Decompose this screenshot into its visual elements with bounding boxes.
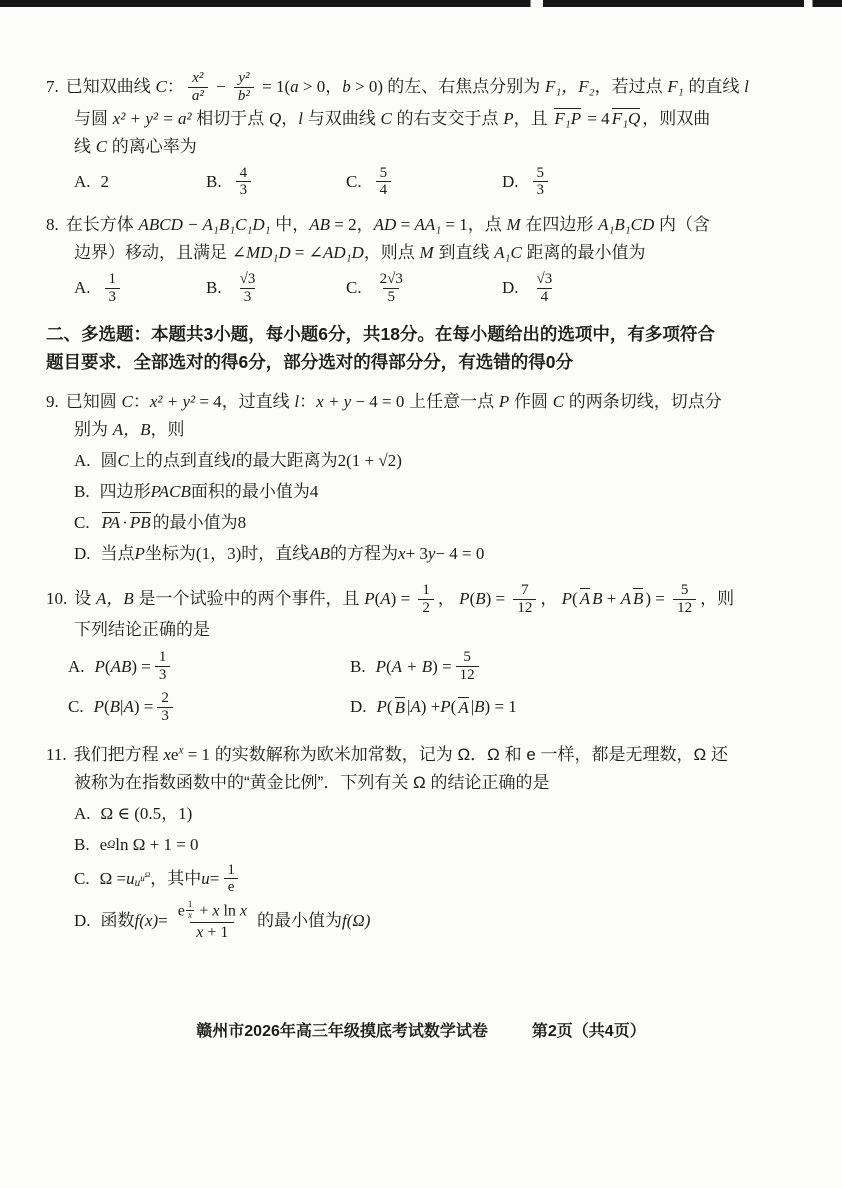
option-label: A. bbox=[74, 278, 91, 298]
q10-line-2: 下列结论正确的是 bbox=[46, 616, 800, 644]
option-label: B. bbox=[74, 831, 90, 859]
option-value: √34 bbox=[529, 271, 561, 306]
mr-segment: = 1( bbox=[258, 77, 290, 96]
q11-option-a: A. Ω ∈ (0.5，1) bbox=[46, 800, 800, 828]
mr-segment: − 4 = 0 bbox=[351, 392, 404, 411]
mi-segment: P bbox=[503, 109, 513, 128]
f-expression-fraction: e1x + x ln xx + 1 bbox=[172, 899, 253, 943]
q7-line-1-text: 已知双曲线 C：x²a² − y²b² = 1(a > 0，b > 0) 的左、… bbox=[66, 77, 749, 96]
zh-segment: 设 bbox=[74, 589, 96, 608]
mi-segment: a bbox=[290, 77, 299, 96]
q7-line-3: 线 C 的离心率为 bbox=[46, 133, 800, 161]
mr-segment: ∠ bbox=[232, 243, 246, 262]
fraction-denominator: 12 bbox=[513, 599, 536, 617]
fraction-denominator: 3 bbox=[155, 666, 171, 684]
zh-segment: ，则 bbox=[151, 420, 185, 439]
fraction-denominator: x bbox=[186, 910, 194, 921]
zh-segment: ， bbox=[281, 109, 298, 128]
zh-segment: ，点 bbox=[468, 215, 507, 234]
mr-segment: 2 bbox=[101, 172, 110, 192]
frac-segment: 2√35 bbox=[376, 271, 407, 306]
option-value: 43 bbox=[232, 165, 256, 200]
zh-segment: 在四边形 bbox=[521, 215, 598, 234]
zh-segment: 四边形 bbox=[100, 478, 151, 506]
fraction-denominator: a² bbox=[188, 87, 208, 105]
frac-segment: 13 bbox=[105, 271, 121, 306]
fraction-denominator: x + 1 bbox=[190, 922, 234, 943]
zh-segment: 上的点到直线 bbox=[129, 447, 231, 475]
option-label: B. bbox=[206, 172, 222, 192]
q11-line-1: 11.我们把方程 xex = 1 的实数解称为欧米加常数，记为 Ω．Ω 和 e … bbox=[46, 741, 800, 769]
plus-one: + 1 bbox=[203, 924, 228, 941]
option-value: √33 bbox=[232, 271, 264, 306]
mi-segment: x bbox=[398, 540, 406, 568]
q9-option-d: D. 当点 P 坐标为 (1，3) 时，直线 AB 的方程为 x + 3y − … bbox=[46, 540, 800, 568]
ol-segment: A bbox=[458, 697, 468, 718]
mr-segment: − 4 = 0 bbox=[435, 540, 484, 568]
zh-segment: ， bbox=[357, 215, 374, 234]
ol-segment: B bbox=[395, 697, 405, 718]
q9-option-c: C. PA · PB 的最小值为 8 bbox=[46, 509, 800, 537]
option-label: C. bbox=[74, 865, 90, 893]
mr-segment: = 4 bbox=[583, 109, 610, 128]
f-of-omega: f(Ω) bbox=[342, 907, 370, 935]
zh-segment: 在长方体 bbox=[66, 215, 139, 234]
f-of-x: f(x) bbox=[135, 907, 159, 935]
zh-segment: 我们把方程 bbox=[74, 745, 164, 764]
q7-option-c: C. 54 bbox=[346, 165, 502, 200]
fraction-numerator: √3 bbox=[236, 271, 260, 288]
fraction-numerator: x² bbox=[188, 70, 207, 87]
mi-segment: A bbox=[621, 589, 631, 608]
mi-segment: M bbox=[506, 215, 520, 234]
ol-segment: PA bbox=[102, 512, 121, 533]
mi-segment: C bbox=[96, 137, 107, 156]
one-over-x-fraction: 1x bbox=[186, 900, 195, 921]
mr-segment: ( bbox=[572, 589, 578, 608]
option-label: C. bbox=[346, 172, 362, 192]
option-label: B. bbox=[206, 278, 222, 298]
minimum-text: 的最小值为 bbox=[257, 907, 342, 935]
fraction-numerator: 5 bbox=[376, 165, 392, 182]
fraction-denominator: 3 bbox=[240, 288, 256, 306]
mr-segment: e bbox=[100, 831, 108, 859]
section-2-header: 二、多选题：本题共3小题，每小题6分，共18分。在每小题给出的选项中，有多项符合… bbox=[46, 320, 800, 376]
fraction-numerator: 5 bbox=[459, 649, 475, 666]
scan-edge-artifact bbox=[0, 0, 842, 7]
q11-line-2: 被称为在指数函数中的“黄金比例”．下列有关 Ω 的结论正确的是 bbox=[46, 769, 800, 797]
zh-segment: 上任意一点 bbox=[404, 392, 498, 411]
one-over-e-fraction: 1e bbox=[223, 862, 239, 897]
mr-segment: ) = bbox=[134, 697, 154, 717]
option-label: D. bbox=[502, 172, 519, 192]
q8-options: A. 13 B. √33 C. 2√35 D. √34 bbox=[46, 271, 800, 306]
section-2-header-line-1: 二、多选题：本题共3小题，每小题6分，共18分。在每小题给出的选项中，有多项符合 bbox=[46, 320, 800, 348]
zh-segment: ： bbox=[167, 77, 184, 96]
footer-exam-title: 赣州市2026年高三年级摸底考试数学试卷 bbox=[196, 1018, 488, 1041]
mi-segment: x + y bbox=[316, 392, 351, 411]
mi-segment: P bbox=[135, 540, 145, 568]
zh-segment: 面积的最小值为 bbox=[191, 478, 310, 506]
mr-segment: · bbox=[122, 509, 128, 537]
zh-segment: 的最大距离为 bbox=[236, 447, 338, 475]
mr-segment: ) + bbox=[421, 697, 441, 717]
ln-operator: ln bbox=[219, 902, 239, 919]
zh-segment: 已知双曲线 bbox=[66, 77, 156, 96]
mi-segment: A bbox=[410, 697, 420, 717]
zh-segment: 与双曲线 bbox=[303, 109, 380, 128]
mi-segment: P bbox=[95, 657, 105, 677]
q10-option-b: B. P(A + B) = 512 bbox=[350, 649, 800, 684]
q7-options: A. 2 B. 43 C. 54 D. 53 bbox=[46, 165, 800, 200]
option-value: Ω ∈ (0.5，1) bbox=[101, 800, 193, 828]
mi-segment: P bbox=[376, 657, 386, 677]
mr-segment: = bbox=[396, 215, 414, 234]
q11-option-d: D. 函数 f(x) = e1x + x ln xx + 1 的最小值为 f(Ω… bbox=[46, 899, 800, 943]
zh-segment: 的直线 bbox=[684, 77, 744, 96]
frac-segment: 13 bbox=[155, 649, 171, 684]
fraction-numerator: 5 bbox=[533, 165, 549, 182]
mi-segment: MD₁D bbox=[246, 243, 291, 262]
mi-segment: PACB bbox=[151, 478, 191, 506]
mr-segment: − bbox=[212, 77, 230, 96]
q7-line-2: 与圆 x² + y² = a² 相切于点 Q，l 与双曲线 C 的右支交于点 P… bbox=[46, 105, 800, 133]
option-label: D. bbox=[350, 697, 367, 717]
q10-option-a: A. P(AB) = 13 bbox=[68, 649, 350, 684]
zh-segment: 到直线 bbox=[434, 243, 494, 262]
zh-segment: 的最小值为 bbox=[153, 509, 238, 537]
mi-segment: y bbox=[428, 540, 436, 568]
mi-segment: l bbox=[744, 77, 749, 96]
mi-segment: ABCD − A₁B₁C₁D₁ bbox=[138, 215, 270, 234]
mr-segment: 2(1 + √2) bbox=[338, 447, 402, 475]
fraction-numerator: 1 bbox=[223, 862, 239, 879]
fraction-numerator: 1 bbox=[418, 582, 434, 599]
q10-line-1: 10.设 A，B 是一个试验中的两个事件，且 P(A) = 12， P(B) =… bbox=[46, 582, 800, 617]
mi-segment: B bbox=[474, 697, 484, 717]
zh-segment: 已知圆 bbox=[66, 392, 122, 411]
mr-segment: + bbox=[602, 589, 620, 608]
q9-option-b: B. 四边形 PACB 面积的最小值为 4 bbox=[46, 478, 800, 506]
option-label: D. bbox=[502, 278, 519, 298]
mr-segment: ( bbox=[387, 697, 393, 717]
q7-option-d: D. 53 bbox=[502, 165, 552, 200]
mr-segment: = 2 bbox=[330, 215, 357, 234]
frac-segment: 512 bbox=[456, 649, 479, 684]
frac-segment: 43 bbox=[236, 165, 252, 200]
plus-sign: + bbox=[195, 902, 212, 919]
mi-segment: AB bbox=[111, 657, 132, 677]
mi-segment: AB bbox=[309, 215, 330, 234]
fraction-numerator: y² bbox=[234, 70, 253, 87]
mi-segment: C bbox=[380, 109, 391, 128]
mi-segment: P bbox=[364, 589, 374, 608]
option-label: A. bbox=[68, 657, 85, 677]
mr-segment: + 3 bbox=[406, 540, 428, 568]
option-value: PA · PB 的最小值为 8 bbox=[100, 509, 247, 537]
option-value: P(AB) = 13 bbox=[95, 649, 175, 684]
mr-segment: = 1 bbox=[183, 745, 210, 764]
fraction-denominator: 2 bbox=[418, 599, 434, 617]
zh-segment: 的两条切线，切点分 bbox=[564, 392, 722, 411]
tower-exponent-2: uΩ bbox=[140, 873, 150, 883]
fraction-numerator: 2 bbox=[157, 690, 173, 707]
frac-segment: 12 bbox=[418, 582, 434, 617]
zh-segment: 当点 bbox=[101, 540, 135, 568]
option-value: P(A + B) = 512 bbox=[376, 649, 483, 684]
frac-segment: √34 bbox=[533, 271, 557, 306]
q8-line-2: 边界）移动，且满足 ∠MD₁D = ∠AD₁D，则点 M 到直线 A₁C 距离的… bbox=[46, 239, 800, 267]
fraction-denominator: 3 bbox=[533, 181, 549, 199]
zh-segment: 相切于点 bbox=[192, 109, 269, 128]
x-variable: x bbox=[240, 902, 247, 919]
mi-segment: Q bbox=[269, 109, 281, 128]
frac-segment: 54 bbox=[376, 165, 392, 200]
mi-segment: B bbox=[475, 589, 485, 608]
mi-segment: A + B bbox=[392, 657, 432, 677]
frac-segment: 512 bbox=[673, 582, 696, 617]
q7-line-1: 7.已知双曲线 C：x²a² − y²b² = 1(a > 0，b > 0) 的… bbox=[46, 70, 800, 105]
option-label: A. bbox=[74, 172, 91, 192]
mr-segment: ) = bbox=[131, 657, 151, 677]
option-label: B. bbox=[74, 478, 90, 506]
q8-line-1-text: 在长方体 ABCD − A₁B₁C₁D₁ 中，AB = 2，AD = AA₁ =… bbox=[66, 215, 710, 234]
mi-segment: AD bbox=[374, 215, 397, 234]
question-number: 7. bbox=[46, 77, 66, 96]
q9-line-1-text: 已知圆 C：x² + y² = 4，过直线 l：x + y − 4 = 0 上任… bbox=[66, 392, 722, 411]
fraction-numerator: 1 bbox=[105, 271, 121, 288]
mi-segment: P bbox=[562, 589, 572, 608]
fraction-denominator: 4 bbox=[376, 181, 392, 199]
zh-segment: 的实数解称为欧米加常数，记为 Ω．Ω 和 e 一样，都是无理数，Ω 还 bbox=[210, 745, 728, 764]
question-8: 8.在长方体 ABCD − A₁B₁C₁D₁ 中，AB = 2，AD = AA₁… bbox=[46, 211, 800, 306]
q10-option-c: C. P(B | A) = 23 bbox=[68, 690, 350, 725]
zh-segment: 中， bbox=[271, 215, 310, 234]
mr-segment: ) = bbox=[391, 589, 415, 608]
mi-segment: P bbox=[377, 697, 387, 717]
zh-segment: 距离的最小值为 bbox=[522, 243, 646, 262]
frac-segment: 53 bbox=[533, 165, 549, 200]
mi-segment: AB bbox=[309, 540, 330, 568]
zh-segment: ，则双曲 bbox=[642, 109, 710, 128]
fraction-numerator: 5 bbox=[677, 582, 693, 599]
exam-paper-page: 7.已知双曲线 C：x²a² − y²b² = 1(a > 0，b > 0) 的… bbox=[0, 0, 842, 1188]
q11-option-b: B. eΩ ln Ω + 1 = 0 bbox=[46, 831, 800, 859]
fraction-denominator: 12 bbox=[673, 599, 696, 617]
option-label: C. bbox=[68, 697, 84, 717]
option-value: P(B | A) = 23 bbox=[94, 690, 177, 725]
omega-equals: Ω = bbox=[100, 865, 126, 893]
frac-segment: x²a² bbox=[188, 70, 208, 105]
mr-segment: ， bbox=[540, 589, 561, 608]
fraction-denominator: 3 bbox=[236, 181, 252, 199]
option-label: B. bbox=[350, 657, 366, 677]
where-text: ，其中 bbox=[150, 865, 201, 893]
zh-segment: 的右支交于点 bbox=[392, 109, 503, 128]
zh-segment: 被称为在指数函数中的“黄金比例”．下列有关 Ω 的结论正确的是 bbox=[74, 773, 549, 792]
exponent-one-over-x: 1x bbox=[185, 901, 196, 912]
mi-segment: B bbox=[592, 589, 602, 608]
mr-segment: ) = 1 bbox=[485, 697, 517, 717]
equals-sign: = bbox=[210, 865, 220, 893]
q8-option-a: A. 13 bbox=[74, 271, 206, 306]
mr-segment: > 0， bbox=[299, 77, 343, 96]
q8-option-c: C. 2√35 bbox=[346, 271, 502, 306]
mr-segment: ( bbox=[451, 697, 457, 717]
page-footer: 赣州市2026年高三年级摸底考试数学试卷 第2页（共4页） bbox=[0, 1018, 842, 1041]
e-base: e bbox=[178, 902, 185, 919]
mr-segment: ： bbox=[299, 392, 316, 411]
fraction-numerator: 1 bbox=[186, 900, 195, 910]
mr-segment: ) = bbox=[645, 589, 669, 608]
mi-segment: P bbox=[459, 589, 469, 608]
fraction-numerator: √3 bbox=[533, 271, 557, 288]
mi-segment: M bbox=[420, 243, 434, 262]
mi-segment: A₁C bbox=[494, 243, 522, 262]
question-10: 10.设 A，B 是一个试验中的两个事件，且 P(A) = 12， P(B) =… bbox=[46, 582, 800, 725]
option-value: 四边形 PACB 面积的最小值为 4 bbox=[100, 478, 319, 506]
zh-segment: ，则点 bbox=[364, 243, 420, 262]
fraction-numerator: e1x + x ln x bbox=[172, 899, 253, 922]
question-number: 11. bbox=[46, 745, 74, 764]
zh-segment: 下列结论正确的是 bbox=[74, 620, 210, 639]
fraction-denominator: 5 bbox=[383, 288, 399, 306]
mr-segment: (1，3) bbox=[196, 540, 241, 568]
option-label: D. bbox=[74, 907, 91, 935]
mi-segment: b bbox=[342, 77, 351, 96]
mi-segment: A，B bbox=[96, 589, 134, 608]
option-label: A. bbox=[74, 800, 91, 828]
fraction-denominator: e bbox=[224, 878, 239, 896]
u-variable: u bbox=[201, 865, 210, 893]
page-content: 7.已知双曲线 C：x²a² − y²b² = 1(a > 0，b > 0) 的… bbox=[0, 0, 842, 943]
ol-segment: F₁P bbox=[554, 108, 581, 129]
option-value: 函数 f(x) = e1x + x ln xx + 1 的最小值为 f(Ω) bbox=[101, 899, 371, 943]
mi-segment: P bbox=[499, 392, 509, 411]
mr-segment: ) = bbox=[486, 589, 510, 608]
mr-segment: ln Ω + 1 = 0 bbox=[115, 831, 198, 859]
function-text: 函数 bbox=[101, 907, 135, 935]
q9-line-1: 9.已知圆 C：x² + y² = 4，过直线 l：x + y − 4 = 0 … bbox=[46, 388, 800, 416]
question-number: 10. bbox=[46, 589, 74, 608]
zh-segment: ，则 bbox=[700, 589, 734, 608]
mi-segment: F₁，F₂ bbox=[545, 77, 595, 96]
q9-option-a: A. 圆 C 上的点到直线 l 的最大距离为 2(1 + √2) bbox=[46, 447, 800, 475]
q10-options: A. P(AB) = 13 B. P(A + B) = 512 C. P(B |… bbox=[46, 649, 800, 724]
q7-option-b: B. 43 bbox=[206, 165, 346, 200]
section-2-header-line-2: 题目要求．全部选对的得6分，部分选对的得部分分，有选错的得0分 bbox=[46, 348, 800, 376]
zh-segment: 内（含 bbox=[654, 215, 710, 234]
option-value: 圆 C 上的点到直线 l 的最大距离为 2(1 + √2) bbox=[101, 447, 402, 475]
mi-segment: AA₁ bbox=[414, 215, 441, 234]
q8-line-1: 8.在长方体 ABCD − A₁B₁C₁D₁ 中，AB = 2，AD = AA₁… bbox=[46, 211, 800, 239]
ol-segment: F₁Q bbox=[612, 108, 641, 129]
zh-segment: 线 bbox=[74, 137, 96, 156]
frac-segment: 23 bbox=[157, 690, 173, 725]
mi-segment: AD₁D bbox=[323, 243, 364, 262]
fraction-numerator: 4 bbox=[236, 165, 252, 182]
mr-segment: ， bbox=[438, 589, 459, 608]
mr-segment: = ∠ bbox=[291, 243, 323, 262]
fraction-numerator: 7 bbox=[517, 582, 533, 599]
zh-segment: ，若过点 bbox=[595, 77, 668, 96]
question-9: 9.已知圆 C：x² + y² = 4，过直线 l：x + y − 4 = 0 … bbox=[46, 388, 800, 568]
zh-segment: 坐标为 bbox=[145, 540, 196, 568]
fraction-denominator: 3 bbox=[105, 288, 121, 306]
zh-segment: 是一个试验中的两个事件，且 bbox=[134, 589, 364, 608]
option-value: 53 bbox=[529, 165, 553, 200]
fraction-denominator: 12 bbox=[456, 666, 479, 684]
fraction-denominator: 3 bbox=[157, 707, 173, 725]
mi-segment: P bbox=[94, 697, 104, 717]
q8-option-b: B. √33 bbox=[206, 271, 346, 306]
mr-segment: = 4 bbox=[195, 392, 222, 411]
zh-segment: 别为 bbox=[74, 420, 113, 439]
zh-segment: 边界）移动，且满足 bbox=[74, 243, 232, 262]
mr-segment: ) = bbox=[432, 657, 452, 677]
mr-segment: > 0) bbox=[351, 77, 388, 96]
q10-option-d: D. P(B | A) + P(A | B) = 1 bbox=[350, 690, 800, 725]
mr-segment: = 1 bbox=[441, 215, 468, 234]
mr-segment: ： bbox=[133, 392, 150, 411]
question-number: 8. bbox=[46, 215, 66, 234]
mi-segment: C bbox=[118, 447, 129, 475]
mi-segment: x² + y² = a² bbox=[113, 109, 192, 128]
ol-segment: PB bbox=[130, 512, 151, 533]
mi-segment: C bbox=[553, 392, 564, 411]
mr-segment: 4 bbox=[310, 478, 319, 506]
option-value: eΩ ln Ω + 1 = 0 bbox=[100, 831, 199, 859]
option-value: Ω = uuuΩ，其中 u = 1e bbox=[100, 862, 243, 897]
zh-segment: ，过直线 bbox=[222, 392, 295, 411]
footer-page-number: 第2页（共4页） bbox=[532, 1018, 646, 1041]
ol-segment: A bbox=[580, 588, 590, 609]
q9-line-2: 别为 A，B，则 bbox=[46, 416, 800, 444]
frac-segment: √33 bbox=[236, 271, 260, 306]
mi-segment: A bbox=[123, 697, 133, 717]
q11-line-1-text: 我们把方程 xex = 1 的实数解称为欧米加常数，记为 Ω．Ω 和 e 一样，… bbox=[74, 745, 728, 764]
equals-sign: = bbox=[158, 907, 168, 935]
zh-segment: 圆 bbox=[101, 447, 118, 475]
mi-segment: x² + y² bbox=[150, 392, 195, 411]
fraction-denominator: 4 bbox=[537, 288, 553, 306]
tower-exponent-1: uuΩ bbox=[135, 875, 151, 883]
option-value: P(B | A) + P(A | B) = 1 bbox=[377, 697, 517, 718]
option-label: C. bbox=[74, 509, 90, 537]
tower-base: u bbox=[126, 865, 135, 893]
fraction-numerator: 2√3 bbox=[376, 271, 407, 288]
mi-segment: A，B bbox=[113, 420, 151, 439]
option-value: 2 bbox=[101, 172, 110, 192]
q8-option-d: D. √34 bbox=[502, 271, 560, 306]
q11-option-c: C. Ω = uuuΩ，其中 u = 1e bbox=[46, 862, 800, 897]
mi-segment: x bbox=[163, 745, 171, 764]
question-7: 7.已知双曲线 C：x²a² − y²b² = 1(a > 0，b > 0) 的… bbox=[46, 70, 800, 199]
mi-segment: C bbox=[121, 392, 132, 411]
option-label: D. bbox=[74, 540, 91, 568]
mi-segment: A bbox=[380, 589, 390, 608]
fraction-numerator: 1 bbox=[155, 649, 171, 666]
mi-segment: P bbox=[440, 697, 450, 717]
zh-segment: 时，直线 bbox=[241, 540, 309, 568]
zh-segment: 的左、右焦点分别为 bbox=[387, 77, 545, 96]
option-label: C. bbox=[346, 278, 362, 298]
q7-option-a: A. 2 bbox=[74, 172, 206, 192]
q10-line-1-text: 设 A，B 是一个试验中的两个事件，且 P(A) = 12， P(B) = 71… bbox=[74, 589, 734, 608]
option-value: 54 bbox=[372, 165, 396, 200]
zh-segment: 的方程为 bbox=[330, 540, 398, 568]
ol-segment: B bbox=[633, 588, 643, 609]
